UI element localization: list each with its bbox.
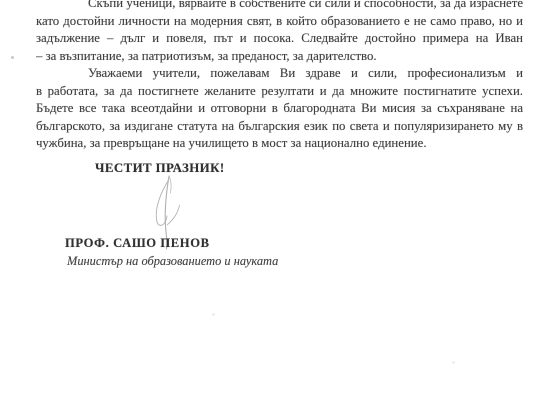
body-line: – за възпитание, за патриотизъм, за пред… [36, 48, 523, 66]
signatory-name: ПРОФ. САШО ПЕНОВ [65, 235, 210, 252]
body-line: чужбина, за превръщане на училището в мо… [36, 135, 523, 153]
body-line: задължение – дълг и повеля, път и посока… [36, 30, 523, 48]
signatory-title: Министър на образованието и науката [67, 253, 278, 270]
letter-body: Скъпи ученици, вярвайте в собствените си… [36, 0, 523, 153]
scan-speck [452, 361, 455, 364]
body-line: българското, за издигане статута на бълг… [36, 118, 523, 136]
body-line: в работата, за да постигнете желаните ре… [36, 83, 523, 101]
scan-speck [11, 56, 14, 59]
body-line: Скъпи ученици, вярвайте в собствените си… [36, 0, 523, 13]
scan-speck [212, 313, 215, 316]
body-line: Уважаеми учители, пожелавам Ви здраве и … [36, 65, 523, 83]
body-line: Бъдете все така всеотдайни и отговорни в… [36, 100, 523, 118]
scanned-letter-page: Скъпи ученици, вярвайте в собствените си… [0, 0, 559, 410]
body-line: като достойни личности на модерния свят,… [36, 13, 523, 31]
